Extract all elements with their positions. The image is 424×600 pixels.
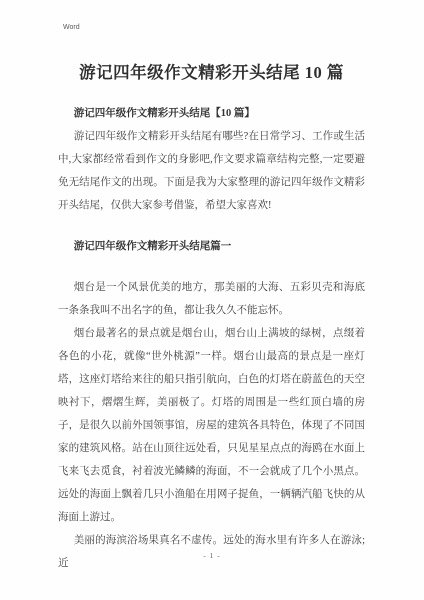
intro-paragraph: 游记四年级作文精彩开头结尾有哪些?在日常学习、工作或生活中,大家都经常看到作文的… [58, 125, 365, 217]
body-paragraph-2: 烟台最著名的景点就是烟台山，烟台山上满坡的绿树，点缀着各色的小花，就像“世外桃源… [58, 322, 365, 529]
word-app-label: Word [63, 24, 80, 31]
document-title: 游记四年级作文精彩开头结尾 10 篇 [58, 0, 365, 86]
document-content: 游记四年级作文精彩开头结尾 10 篇 游记四年级作文精彩开头结尾【10 篇】 游… [0, 0, 424, 575]
body-paragraph-1: 烟台是一个风景优美的地方，那美丽的大海、五彩贝壳和海底一条条我叫不出名字的鱼，都… [58, 276, 365, 322]
page-number: - 1 - [0, 551, 424, 560]
document-page: Word 游记四年级作文精彩开头结尾 10 篇 游记四年级作文精彩开头结尾【10… [0, 0, 424, 600]
document-subtitle: 游记四年级作文精彩开头结尾【10 篇】 [58, 102, 365, 125]
section-heading: 游记四年级作文精彩开头结尾篇一 [58, 235, 365, 258]
